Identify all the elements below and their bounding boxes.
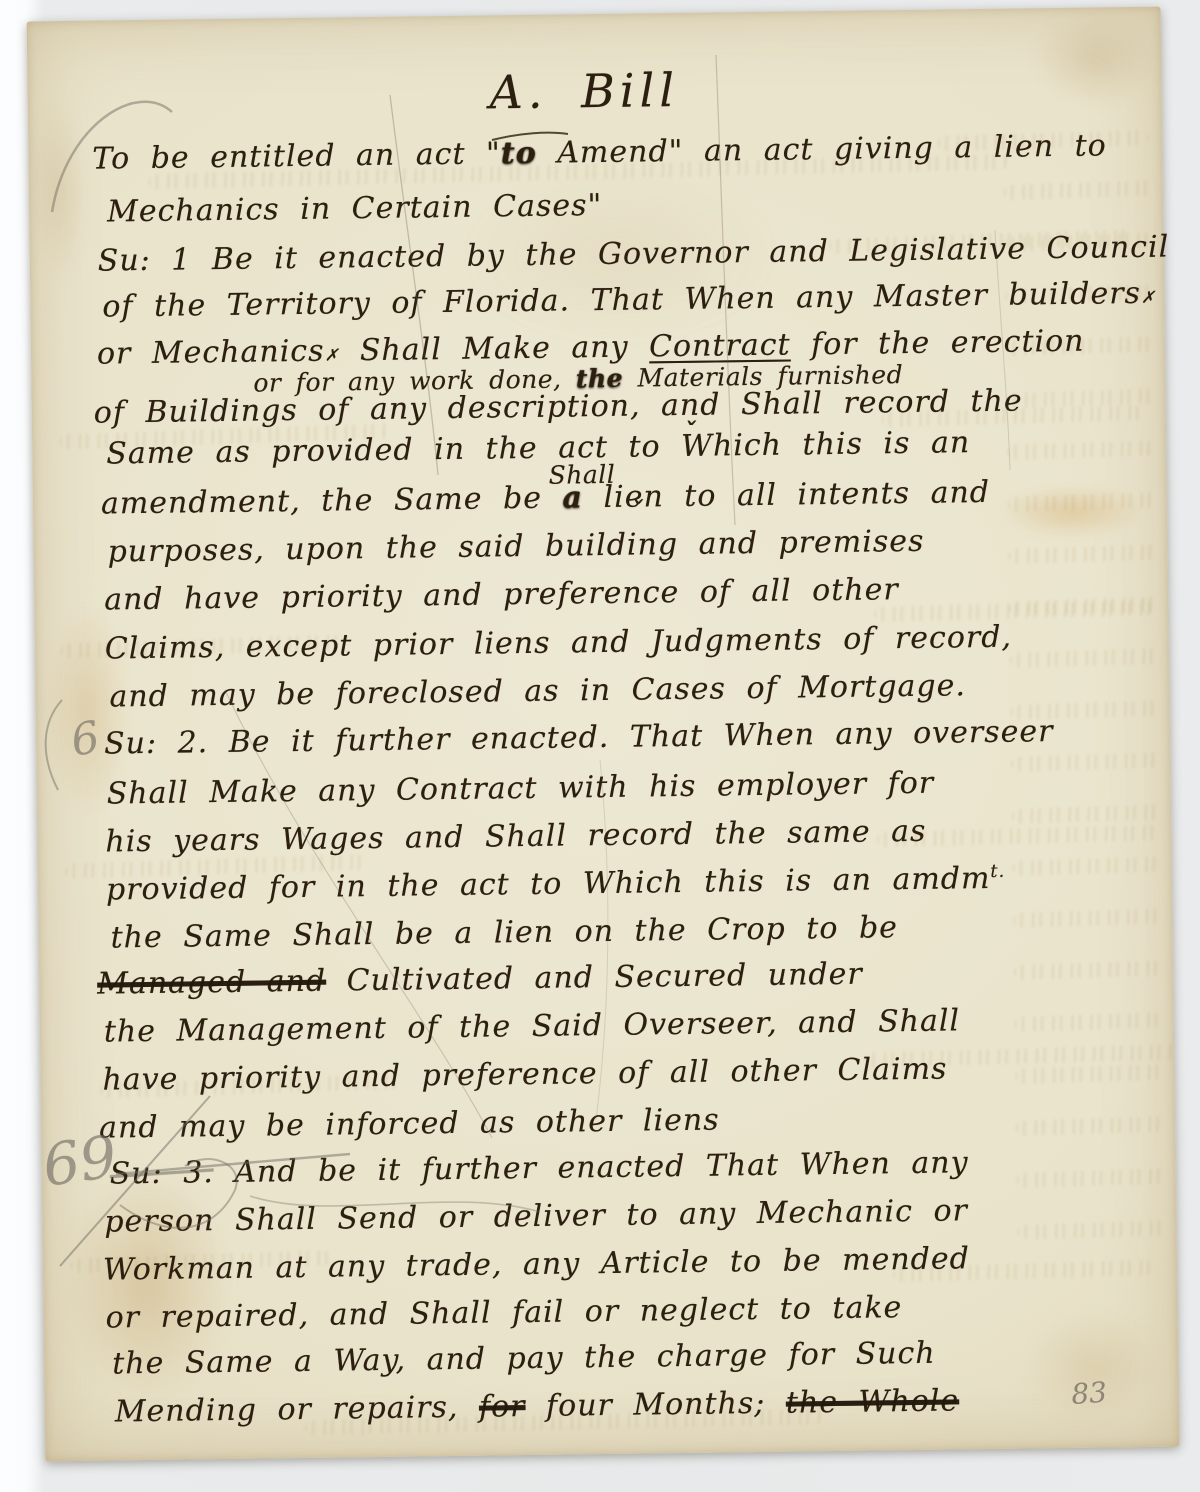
manuscript-text-segment: have priority and preference of all othe… bbox=[102, 1052, 947, 1098]
manuscript-text-segment: purposes, upon the said building and pre… bbox=[107, 524, 924, 570]
manuscript-line: Mending or repairs, for four Months; the… bbox=[115, 1383, 960, 1429]
manuscript-paper: A. BillTo be entitled an act "to Amend" … bbox=[27, 7, 1180, 1462]
manuscript-text-segment: Cultivated and Secured under bbox=[326, 957, 863, 999]
manuscript-line: Claims, except prior liens and Judgments… bbox=[105, 620, 1013, 667]
manuscript-text-segment: ✗ bbox=[324, 345, 339, 364]
manuscript-text-segment: And be it further enacted That When any bbox=[214, 1145, 969, 1190]
manuscript-line: of Buildings of any description, and Sha… bbox=[94, 383, 1023, 430]
caret-insertion-mark: ˇ bbox=[684, 417, 697, 446]
manuscript-text-segment: Su: 2. Be it further enacted. That When … bbox=[104, 714, 1054, 761]
manuscript-line: person Shall Send or deliver to any Mech… bbox=[104, 1193, 968, 1239]
manuscript-line: his years Wages and Shall record the sam… bbox=[105, 814, 927, 860]
manuscript-text-segment: Amend" an act giving a lien to bbox=[537, 128, 1107, 170]
manuscript-line: Su: 1 Be it enacted by the Governor and … bbox=[98, 230, 1170, 279]
manuscript-text-segment: and have priority and preference of all … bbox=[104, 572, 899, 617]
manuscript-line: and may be foreclosed as in Cases of Mor… bbox=[109, 668, 966, 714]
manuscript-text-segment: Same as provided in the act to Which thi… bbox=[106, 425, 970, 471]
manuscript-text-segment: Claims, except prior liens and Judgments… bbox=[105, 620, 1013, 667]
manuscript-text-segment: the Same a Way, and pay the charge for S… bbox=[112, 1336, 936, 1382]
manuscript-line: purposes, upon the said building and pre… bbox=[107, 524, 924, 570]
manuscript-line: and have priority and preference of all … bbox=[104, 572, 899, 617]
manuscript-text-segment: Su: 1 Be it enacted by the Governor and … bbox=[98, 230, 1170, 279]
document-title: A. Bill bbox=[489, 63, 679, 119]
manuscript-line: or repaired, and Shall fail or neglect t… bbox=[105, 1290, 902, 1335]
scanned-document-page: A. BillTo be entitled an act "to Amend" … bbox=[0, 0, 1200, 1492]
manuscript-text-segment: of the Territory of Florida. That When a… bbox=[102, 276, 1141, 325]
manuscript-text-segment: Shall Make any bbox=[339, 329, 649, 368]
manuscript-text-segment: amendment, the Same be bbox=[101, 481, 563, 522]
manuscript-line: have priority and preference of all othe… bbox=[102, 1052, 947, 1098]
manuscript-text-segment: Mending or repairs, bbox=[115, 1390, 480, 1430]
manuscript-text-segment: Su: 3. bbox=[109, 1155, 214, 1191]
manuscript-line: To be entitled an act "to Amend" an act … bbox=[92, 128, 1107, 176]
manuscript-text-segment: t. bbox=[990, 861, 1005, 882]
manuscript-text-segment: person Shall Send or deliver to any Mech… bbox=[104, 1193, 968, 1239]
manuscript-text-segment: Contract bbox=[649, 328, 791, 365]
manuscript-text-segment: Managed and bbox=[97, 964, 326, 1002]
manuscript-text-segment: the Management of the Said Overseer, and… bbox=[104, 1003, 961, 1049]
manuscript-text-segment: and may be inforced as other liens bbox=[99, 1103, 720, 1146]
manuscript-line: and may be inforced as other liens bbox=[99, 1103, 720, 1146]
manuscript-text-segment: Mechanics in Certain Cases" bbox=[107, 188, 603, 229]
manuscript-line: of the Territory of Florida. That When a… bbox=[102, 276, 1156, 325]
manuscript-line: Su: 3. And be it further enacted That Wh… bbox=[109, 1145, 968, 1191]
manuscript-line: Managed and Cultivated and Secured under bbox=[97, 957, 863, 1002]
manuscript-text-segment: ˇ bbox=[684, 417, 697, 446]
manuscript-line: the Same Shall be a lien on the Crop to … bbox=[110, 910, 898, 955]
manuscript-line: Shall Make any Contract with his employe… bbox=[107, 766, 935, 812]
manuscript-text-segment: Workman at any trade, any Article to be … bbox=[103, 1241, 970, 1287]
manuscript-text-segment: four Months; bbox=[525, 1386, 786, 1424]
handwriting-layer: A. BillTo be entitled an act "to Amend" … bbox=[27, 7, 1180, 1462]
manuscript-text-segment: for bbox=[479, 1389, 526, 1425]
manuscript-text-segment: Shall Make any Contract with his employe… bbox=[107, 766, 935, 812]
manuscript-text-segment: or Mechanics bbox=[97, 334, 325, 372]
manuscript-line: Same as provided in the act to Which thi… bbox=[106, 425, 970, 471]
manuscript-line: provided for in the act to Which this is… bbox=[106, 861, 1006, 908]
manuscript-text-segment: or repaired, and Shall fail or neglect t… bbox=[105, 1290, 902, 1335]
manuscript-text-segment: To be entitled an act " bbox=[92, 136, 501, 176]
manuscript-line: Su: 2. Be it further enacted. That When … bbox=[104, 714, 1054, 761]
manuscript-text-segment: a bbox=[562, 480, 583, 515]
manuscript-line: Workman at any trade, any Article to be … bbox=[103, 1241, 970, 1287]
manuscript-text-segment: provided for in the act to Which this is… bbox=[106, 861, 991, 908]
manuscript-text-segment: and may be foreclosed as in Cases of Mor… bbox=[109, 668, 966, 714]
manuscript-text-segment: of Buildings of any description, and Sha… bbox=[94, 383, 1023, 430]
manuscript-line: the Management of the Said Overseer, and… bbox=[104, 1003, 961, 1049]
manuscript-text-segment: his years Wages and Shall record the sam… bbox=[105, 814, 927, 860]
manuscript-text-segment: the Whole bbox=[786, 1383, 960, 1420]
manuscript-line: Mechanics in Certain Cases" bbox=[107, 188, 603, 229]
manuscript-text-segment: ✗ bbox=[1141, 288, 1156, 307]
manuscript-text-segment: the Same Shall be a lien on the Crop to … bbox=[110, 910, 898, 955]
manuscript-text-segment: ˇ bbox=[631, 495, 644, 524]
caret-insertion-mark: ˇ bbox=[631, 495, 644, 524]
manuscript-text-segment: to bbox=[501, 136, 537, 171]
manuscript-line: the Same a Way, and pay the charge for S… bbox=[112, 1336, 936, 1382]
manuscript-text-segment: for the erection bbox=[790, 324, 1084, 363]
manuscript-text-segment: A. Bill bbox=[489, 63, 679, 119]
manuscript-line: amendment, the Same be a lien to all int… bbox=[101, 475, 990, 522]
